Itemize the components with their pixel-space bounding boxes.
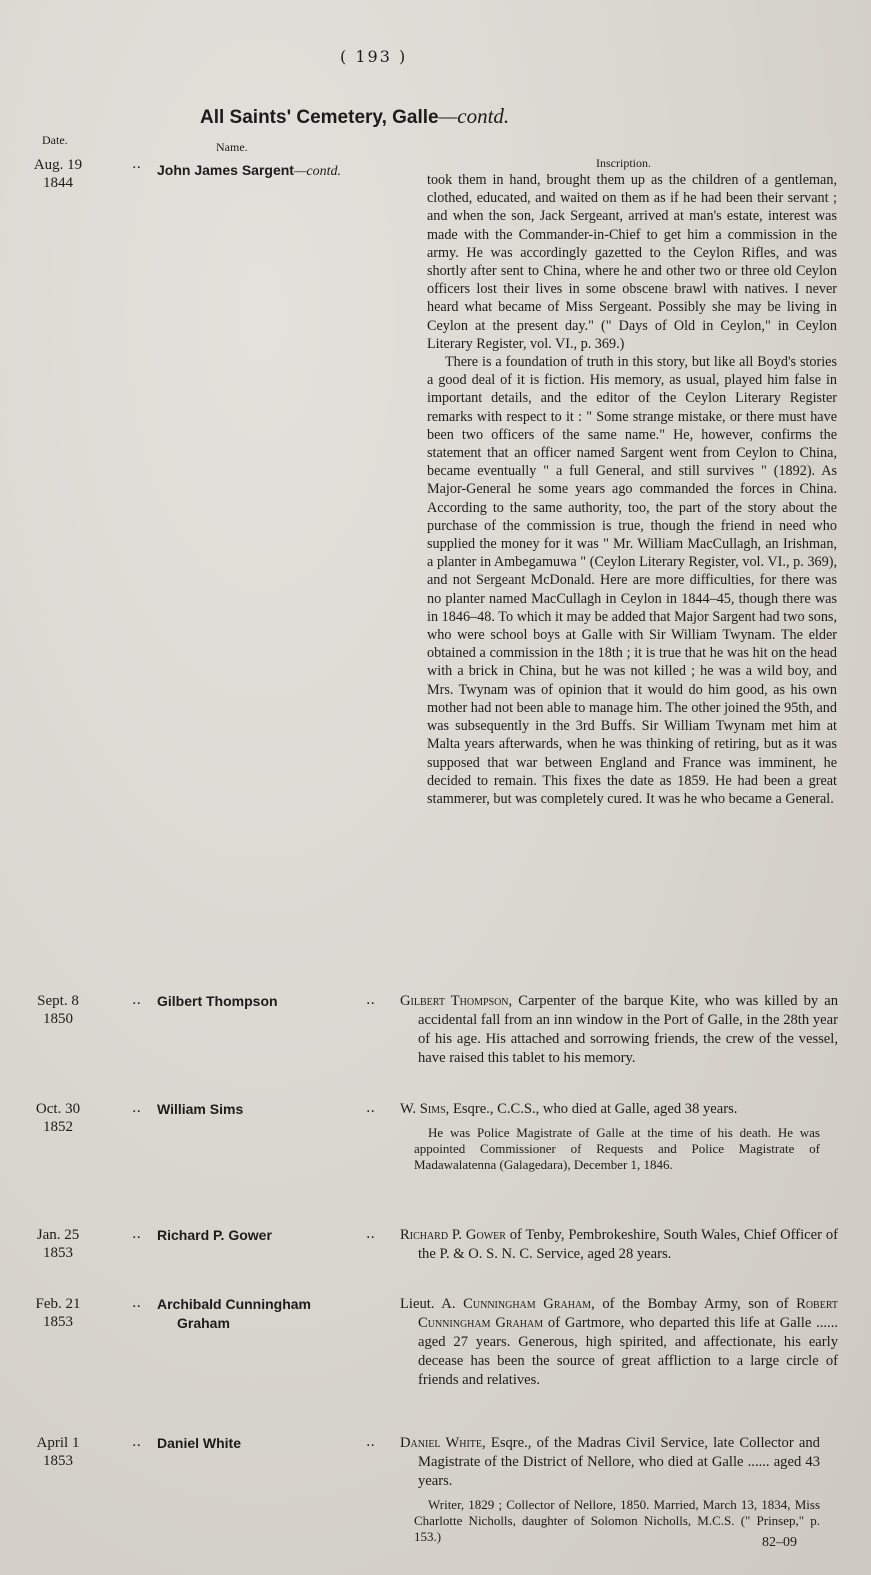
inscription-main: Daniel White, Esqre., of the Madras Civi… <box>400 1434 820 1491</box>
leader-dots: .. <box>366 1434 375 1450</box>
entry-inscription: took them in hand, brought them up as th… <box>427 171 837 808</box>
entry-name: William Sims <box>157 1100 243 1119</box>
entry-name: Richard P. Gower <box>157 1226 272 1245</box>
title-main: All Saints' Cemetery, Galle <box>200 107 439 128</box>
inscription-text: , Esqre., C.C.S., who died at Galle, age… <box>446 1101 738 1117</box>
name-suffix: —contd. <box>294 164 341 179</box>
entry-name: Daniel White <box>157 1434 241 1453</box>
entry-inscription: Gilbert Thompson, Carpenter of the barqu… <box>400 992 838 1068</box>
inscription-lead: Richard P. Gower <box>400 1227 506 1243</box>
date-year: 1853 <box>28 1452 88 1470</box>
entry-inscription: Richard P. Gower of Tenby, Pembrokeshire… <box>400 1226 838 1264</box>
date-year: 1853 <box>28 1244 88 1262</box>
entry-inscription: Lieut. A. Cunningham Graham, of the Bomb… <box>400 1295 838 1390</box>
leader-dots: .. <box>132 1100 141 1116</box>
entry-name: Gilbert Thompson <box>157 992 278 1011</box>
name-line: Graham <box>157 1314 311 1333</box>
column-header-date: Date. <box>42 133 68 148</box>
date-day: April 1 <box>28 1434 88 1452</box>
inscription-lead: Cunningham Graham <box>463 1296 591 1312</box>
inscription-lead: Gilbert Thompson <box>400 993 509 1009</box>
entry-inscription: Daniel White, Esqre., of the Madras Civi… <box>400 1434 820 1545</box>
name-line: Archibald Cunningham <box>157 1296 311 1312</box>
leader-dots: .. <box>132 1295 141 1311</box>
entry-date: April 1 1853 <box>28 1434 88 1470</box>
leader-dots: .. <box>132 992 141 1008</box>
entry-inscription: W. Sims, Esqre., C.C.S., who died at Gal… <box>400 1100 820 1173</box>
inscription-paragraph: There is a foundation of truth in this s… <box>427 353 837 808</box>
entry-date: Jan. 25 1853 <box>28 1226 88 1262</box>
date-day: Aug. 19 <box>28 156 88 174</box>
entry-date: Aug. 19 1844 <box>28 156 88 192</box>
inscription-main: W. Sims, Esqre., C.C.S., who died at Gal… <box>400 1100 820 1119</box>
date-year: 1844 <box>28 174 88 192</box>
entry-date: Feb. 21 1853 <box>28 1295 88 1331</box>
leader-dots: .. <box>366 992 375 1008</box>
inscription-note: He was Police Magistrate of Galle at the… <box>400 1125 820 1173</box>
inscription-lead: Daniel White <box>400 1435 482 1451</box>
leader-dots: .. <box>132 1434 141 1450</box>
entry-name: John James Sargent—contd. <box>157 161 341 181</box>
inscription-lead: W. Sims <box>400 1101 446 1117</box>
entry-name: Archibald Cunningham Graham <box>157 1295 311 1333</box>
entry-date: Oct. 30 1852 <box>28 1100 88 1136</box>
page-number: ( 193 ) <box>340 47 407 66</box>
date-year: 1853 <box>28 1313 88 1331</box>
entry-date: Sept. 8 1850 <box>28 992 88 1028</box>
page-title: All Saints' Cemetery, Galle—contd. <box>200 104 509 129</box>
leader-dots: .. <box>366 1100 375 1116</box>
date-year: 1850 <box>28 1010 88 1028</box>
date-year: 1852 <box>28 1118 88 1136</box>
name-text: John James Sargent <box>157 162 294 178</box>
date-day: Sept. 8 <box>28 992 88 1010</box>
catalog-mark: 82–09 <box>762 1535 797 1551</box>
inscription-mid: , of the Bombay Army, son of <box>591 1296 796 1312</box>
column-header-name: Name. <box>216 140 248 155</box>
date-day: Jan. 25 <box>28 1226 88 1244</box>
inscription-note: Writer, 1829 ; Collector of Nellore, 185… <box>400 1497 820 1545</box>
leader-dots: .. <box>132 1226 141 1242</box>
date-day: Feb. 21 <box>28 1295 88 1313</box>
inscription-pre: Lieut. A. <box>400 1296 463 1312</box>
column-header-inscription: Inscription. <box>596 156 651 171</box>
title-contd: —contd. <box>439 104 510 128</box>
leader-dots: .. <box>366 1226 375 1242</box>
inscription-paragraph: took them in hand, brought them up as th… <box>427 171 837 353</box>
date-day: Oct. 30 <box>28 1100 88 1118</box>
leader-dots: .. <box>132 156 141 172</box>
